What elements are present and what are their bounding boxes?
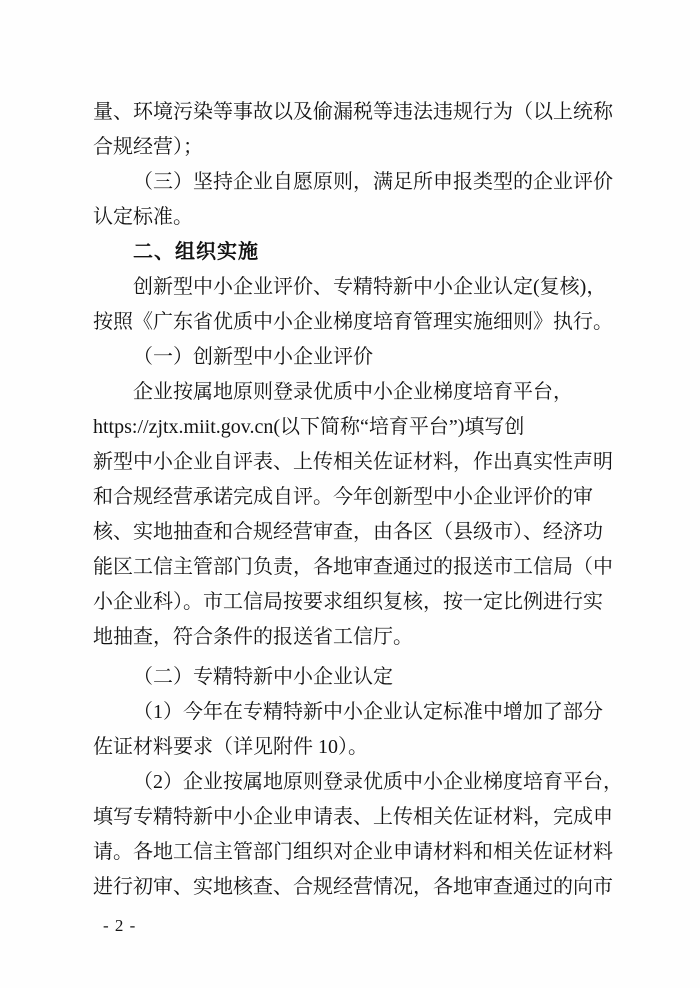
text-line: 量、环境污染等事故以及偷漏税等违法违规行为（以上统称 <box>93 95 613 130</box>
text-line: 填写专精特新中小企业申请表、上传相关佐证材料，完成申 <box>93 800 613 835</box>
page-number: - 2 - <box>103 916 136 936</box>
subsection-heading: （二）专精特新中小企业认定 <box>93 660 613 695</box>
text-line: 小企业科）。市工信局按要求组织复核，按一定比例进行实 <box>93 585 613 620</box>
subsection-heading: （一）创新型中小企业评价 <box>93 340 613 375</box>
text-line: 按照《广东省优质中小企业梯度培育管理实施细则》执行。 <box>93 305 613 340</box>
text-line: 请。各地工信主管部门组织对企业申请材料和相关佐证材料 <box>93 835 613 870</box>
text-line: （三）坚持企业自愿原则，满足所申报类型的企业评价 <box>93 165 613 200</box>
text-line: 核、实地抽查和合规经营审查，由各区（县级市）、经济功 <box>93 515 613 550</box>
text-line: 进行初审、实地核查、合规经营情况，各地审查通过的向市 <box>93 870 613 905</box>
text-line: （1）今年在专精特新中小企业认定标准中增加了部分 <box>93 695 613 730</box>
text-line: 能区工信主管部门负责，各地审查通过的报送市工信局（中 <box>93 550 613 585</box>
text-line-url: https://zjtx.miit.gov.cn(以下简称“培育平台”)填写创 <box>93 410 613 445</box>
text-line: 合规经营）； <box>93 130 613 165</box>
text-line: 企业按属地原则登录优质中小企业梯度培育平台， <box>93 375 613 410</box>
text-line: （2）企业按属地原则登录优质中小企业梯度培育平台， <box>93 765 613 800</box>
text-line: 和合规经营承诺完成自评。今年创新型中小企业评价的审 <box>93 480 613 515</box>
document-text-block: 量、环境污染等事故以及偷漏税等违法违规行为（以上统称 合规经营）； （三）坚持企… <box>93 95 613 905</box>
section-heading: 二、组织实施 <box>93 235 613 270</box>
document-page: 量、环境污染等事故以及偷漏税等违法违规行为（以上统称 合规经营）； （三）坚持企… <box>0 0 700 988</box>
text-line: 佐证材料要求（详见附件 10）。 <box>93 730 613 765</box>
text-line: 认定标准。 <box>93 200 613 235</box>
text-line: 新型中小企业自评表、上传相关佐证材料，作出真实性声明 <box>93 445 613 480</box>
text-line: 地抽查，符合条件的报送省工信厅。 <box>93 620 613 655</box>
text-line: 创新型中小企业评价、专精特新中小企业认定(复核)， <box>93 270 613 305</box>
